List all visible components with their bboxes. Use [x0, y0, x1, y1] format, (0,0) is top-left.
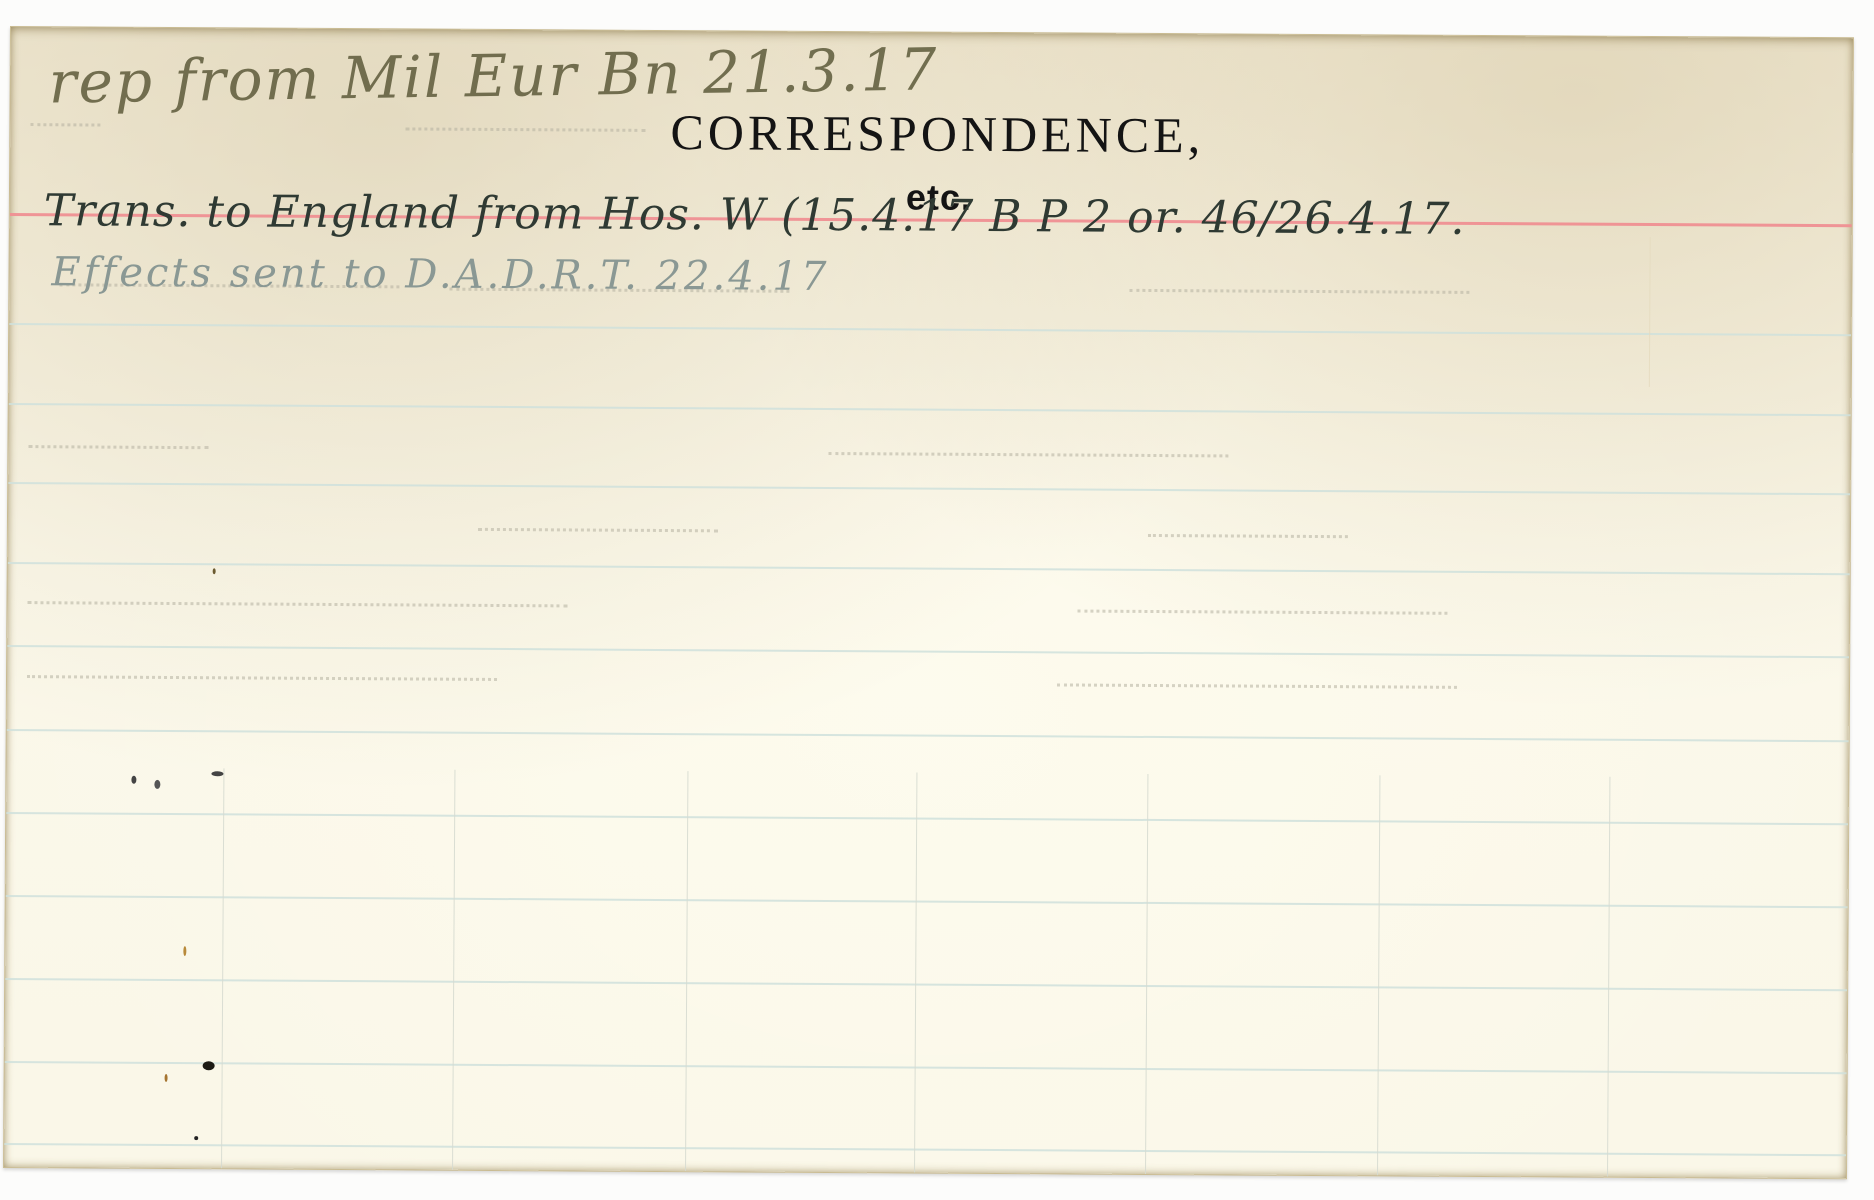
column-divider: [221, 768, 224, 1168]
show-through-dots: [1057, 683, 1457, 688]
show-through-dots: [828, 452, 1228, 457]
ruled-line: [6, 812, 1848, 825]
column-divider: [914, 773, 917, 1173]
ink-speck: [165, 1074, 168, 1082]
show-through-dots: [1129, 289, 1469, 294]
handwritten-entry-transfer: Trans. to England from Hos. W (15.4.17 B…: [44, 185, 1466, 245]
ink-speck: [1796, 1178, 1800, 1179]
ruled-line: [6, 895, 1848, 908]
ink-speck: [213, 568, 216, 574]
ink-speck: [183, 946, 186, 956]
ink-speck: [131, 776, 136, 784]
column-divider: [685, 771, 688, 1171]
ink-speck: [194, 1136, 198, 1140]
handwritten-entry-effects: Effects sent to D.A.D.R.T. 22.4.17: [51, 249, 829, 300]
show-through-dots: [1077, 610, 1447, 615]
column-divider: [1145, 774, 1148, 1174]
ruled-line: [9, 323, 1851, 336]
show-through-dots: [28, 445, 208, 449]
show-through-dots: [27, 601, 567, 607]
show-through-dots: [27, 675, 497, 681]
ink-speck: [154, 780, 160, 789]
ruled-line: [5, 978, 1847, 991]
ruled-line: [4, 1143, 1846, 1156]
ruled-line: [7, 645, 1849, 658]
show-through-dots: [478, 528, 718, 532]
record-card: CORRESPONDENCE, etc. rep from Mil Eur Bn…: [3, 26, 1854, 1179]
ruled-line: [9, 403, 1851, 416]
ruled-line: [5, 1061, 1847, 1074]
ruled-line: [8, 562, 1850, 575]
ink-speck: [203, 1061, 215, 1070]
column-divider: [452, 770, 455, 1170]
column-divider: [1607, 777, 1610, 1177]
show-through-dots: [1148, 534, 1348, 538]
ruled-line: [8, 482, 1850, 495]
scan-background: CORRESPONDENCE, etc. rep from Mil Eur Bn…: [0, 0, 1874, 1200]
column-divider: [1649, 237, 1651, 387]
handwritten-entry-top: rep from Mil Eur Bn 21.3.17: [48, 35, 939, 116]
ink-speck: [211, 771, 223, 776]
column-divider: [1377, 775, 1380, 1175]
ruled-line: [7, 729, 1849, 742]
